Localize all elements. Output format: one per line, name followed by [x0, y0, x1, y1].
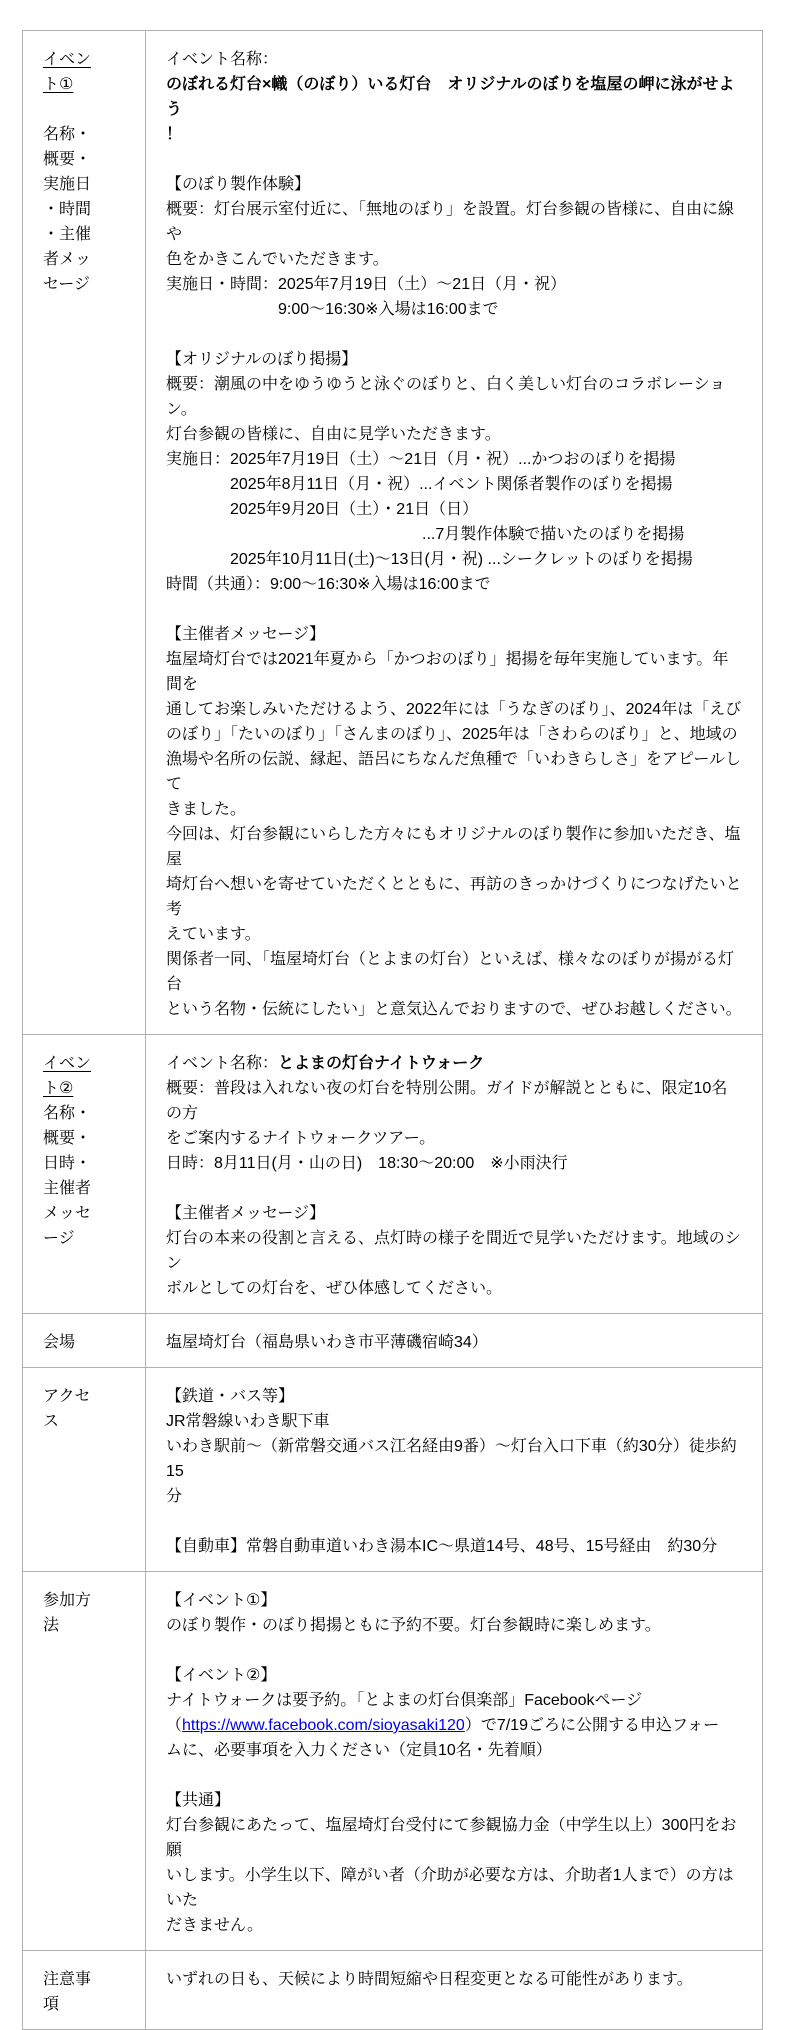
- text-line: 2025年8月11日（月・祝）...イベント関係者製作のぼりを掲揚: [166, 472, 742, 497]
- text-line: ...7月製作体験で描いたのぼりを掲揚: [166, 522, 742, 547]
- text: ボルとしての灯台を、ぜひ体感してください。: [166, 1280, 502, 1297]
- text: 分: [166, 1488, 182, 1505]
- text: 【主催者メッセージ】: [166, 1205, 325, 1222]
- header-line: 実施日: [43, 172, 137, 197]
- row-header-participation: 参加方法: [23, 1572, 146, 1951]
- bold-text: のぼれる灯台×幟（のぼり）いる灯台 オリジナルのぼりを塩屋の岬に泳がせよう: [166, 76, 735, 118]
- text: 概要：潮風の中をゆうゆうと泳ぐのぼりと、白く美しい灯台のコラボレーション。: [166, 376, 725, 418]
- text-line: 日時：8月11日(月・山の日) 18:30～20:00 ※小雨決行: [166, 1151, 742, 1176]
- text: JR常磐線いわき駅下車: [166, 1413, 330, 1430]
- text: きました。: [166, 801, 246, 818]
- text: 関係者一同、「塩屋埼灯台（とよまの灯台）といえば、様々なのぼりが揚がる灯台: [166, 951, 734, 993]
- text: ）で7/19ごろに公開する申込フォー: [465, 1717, 719, 1734]
- row-content-event-2: イベント名称：とよまの灯台ナイトウォーク概要：普段は入れない夜の灯台を特別公開。…: [146, 1035, 763, 1314]
- text: をご案内するナイトウォークツアー。: [166, 1130, 435, 1147]
- text-line: えています。: [166, 922, 742, 947]
- table-row-access: アクセス【鉄道・バス等】JR常磐線いわき駅下車いわき駅前～（新常磐交通バス江名経…: [23, 1368, 763, 1572]
- text-line: 【主催者メッセージ】: [166, 622, 742, 647]
- row-content-participation: 【イベント①】のぼり製作・のぼり掲揚ともに予約不要。灯台参観時に楽しめます。【イ…: [146, 1572, 763, 1951]
- text: 【共通】: [166, 1792, 230, 1809]
- text: 灯台参観にあたって、塩屋埼灯台受付にて参観協力金（中学生以上）300円をお願: [166, 1817, 736, 1859]
- text: 時間（共通）：9:00～16:30※入場は16:00まで: [166, 576, 491, 593]
- text-line: （https://www.facebook.com/sioyasaki120）で…: [166, 1713, 742, 1738]
- text: だきません。: [166, 1917, 263, 1934]
- bold-text: ！: [166, 126, 182, 143]
- text-line: [166, 597, 742, 622]
- header-label-underlined: イベン: [43, 51, 91, 68]
- header-line: 日時・: [43, 1151, 137, 1176]
- row-header-access: アクセス: [23, 1368, 146, 1572]
- text-line: 【オリジナルのぼり掲揚】: [166, 347, 742, 372]
- text: 概要：普段は入れない夜の灯台を特別公開。ガイドが解説とともに、限定10名の方: [166, 1080, 727, 1122]
- header-line: 会場: [43, 1330, 137, 1355]
- text-line: のぼり」「たいのぼり」「さんまのぼり」、2025年は「さわらのぼり」と、地域の: [166, 722, 742, 747]
- text-line: 【鉄道・バス等】: [166, 1384, 742, 1409]
- table-row-participation: 参加方法【イベント①】のぼり製作・のぼり掲揚ともに予約不要。灯台参観時に楽しめま…: [23, 1572, 763, 1951]
- text-line: 実施日：2025年7月19日（土）～21日（月・祝）...かつおのぼりを掲揚: [166, 447, 742, 472]
- text-line: 9:00～16:30※入場は16:00まで: [166, 297, 742, 322]
- header-label-underlined: イベン: [43, 1055, 91, 1072]
- text: ナイトウォークは要予約。「とよまの灯台倶楽部」Facebookページ: [166, 1692, 642, 1709]
- table-row-event-2: イベント②名称・概要・日時・主催者メッセージイベント名称：とよまの灯台ナイトウォ…: [23, 1035, 763, 1314]
- facebook-link[interactable]: https://www.facebook.com/sioyasaki120: [182, 1717, 465, 1734]
- text: 【のぼり製作体験】: [166, 176, 310, 193]
- text: イベント名称：: [166, 1055, 278, 1072]
- text: 色をかきこんでいただきます。: [166, 251, 389, 268]
- text-line: [166, 1509, 742, 1534]
- text: 日時：8月11日(月・山の日) 18:30～20:00 ※小雨決行: [166, 1155, 568, 1172]
- text-line: 塩屋埼灯台では2021年夏から「かつおのぼり」掲揚を毎年実施しています。年間を: [166, 647, 742, 697]
- text-line: いわき駅前～（新常磐交通バス江名経由9番）～灯台入口下車（約30分）徒歩約15: [166, 1434, 742, 1484]
- text-line: 灯台参観の皆様に、自由に見学いただきます。: [166, 422, 742, 447]
- text-line: ナイトウォークは要予約。「とよまの灯台倶楽部」Facebookページ: [166, 1688, 742, 1713]
- text: のぼり製作・のぼり掲揚ともに予約不要。灯台参観時に楽しめます。: [166, 1617, 661, 1634]
- row-header-notes: 注意事項: [23, 1951, 146, 2030]
- text-line: [166, 1763, 742, 1788]
- text-line: 【イベント②】: [166, 1663, 742, 1688]
- text-line: イベント名称：とよまの灯台ナイトウォーク: [166, 1051, 742, 1076]
- text: 【イベント②】: [166, 1667, 276, 1684]
- text-line: [166, 147, 742, 172]
- text-line: 2025年9月20日（土）・21日（日）: [166, 497, 742, 522]
- text: 埼灯台へ想いを寄せていただくとともに、再訪のきっかけづくりにつなげたいと考: [166, 876, 742, 918]
- event-info-section: イベント①名称・概要・実施日・時間・主催者メッセージイベント名称：のぼれる灯台×…: [22, 30, 763, 2030]
- text: 漁場や名所の伝説、縁起、語呂にちなんだ魚種で「いわきらしさ」をアピールして: [166, 751, 741, 793]
- text-line: 実施日・時間：2025年7月19日（土）～21日（月・祝）: [166, 272, 742, 297]
- header-label-underlined: ト②: [43, 1080, 73, 1097]
- text: 【イベント①】: [166, 1592, 276, 1609]
- header-label-underlined: ト①: [43, 76, 73, 93]
- text-line: をご案内するナイトウォークツアー。: [166, 1126, 742, 1151]
- header-line: ージ: [43, 1226, 137, 1251]
- header-line: セージ: [43, 272, 137, 297]
- text-line: 灯台参観にあたって、塩屋埼灯台受付にて参観協力金（中学生以上）300円をお願: [166, 1813, 742, 1863]
- text: 2025年9月20日（土）・21日（日）: [166, 501, 478, 518]
- text: のぼり」「たいのぼり」「さんまのぼり」、2025年は「さわらのぼり」と、地域の: [166, 726, 738, 743]
- text: 通してお楽しみいただけるよう、2022年には「うなぎのぼり」、2024年は「えび: [166, 701, 741, 718]
- text: 塩屋埼灯台では2021年夏から「かつおのぼり」掲揚を毎年実施しています。年間を: [166, 651, 728, 693]
- event-info-table-body: イベント①名称・概要・実施日・時間・主催者メッセージイベント名称：のぼれる灯台×…: [23, 31, 763, 2030]
- text: （: [166, 1717, 182, 1734]
- text: いずれの日も、天候により時間短縮や日程変更となる可能性があります。: [166, 1971, 693, 1988]
- text-line: 漁場や名所の伝説、縁起、語呂にちなんだ魚種で「いわきらしさ」をアピールして: [166, 747, 742, 797]
- header-line: ・主催: [43, 222, 137, 247]
- header-line: 者メッ: [43, 247, 137, 272]
- header-line: メッセ: [43, 1201, 137, 1226]
- text-line: 色をかきこんでいただきます。: [166, 247, 742, 272]
- header-line: 名称・: [43, 1101, 137, 1126]
- event-info-table: イベント①名称・概要・実施日・時間・主催者メッセージイベント名称：のぼれる灯台×…: [22, 30, 763, 2030]
- header-line: 項: [43, 1992, 137, 2017]
- header-line: ス: [43, 1409, 137, 1434]
- text-line: 今回は、灯台参観にいらした方々にもオリジナルのぼり製作に参加いただき、塩屋: [166, 822, 742, 872]
- header-line: 法: [43, 1613, 137, 1638]
- row-content-venue: 塩屋埼灯台（福島県いわき市平薄磯宿崎34）: [146, 1314, 763, 1368]
- text-line: 概要：普段は入れない夜の灯台を特別公開。ガイドが解説とともに、限定10名の方: [166, 1076, 742, 1126]
- table-row-notes: 注意事項いずれの日も、天候により時間短縮や日程変更となる可能性があります。: [23, 1951, 763, 2030]
- text: ...7月製作体験で描いたのぼりを掲揚: [166, 526, 684, 543]
- text-line: イベント名称：: [166, 47, 742, 72]
- table-row-venue: 会場塩屋埼灯台（福島県いわき市平薄磯宿崎34）: [23, 1314, 763, 1368]
- text-line: だきません。: [166, 1913, 742, 1938]
- text-line: きました。: [166, 797, 742, 822]
- header-line: イベン: [43, 1051, 137, 1076]
- text: イベント名称：: [166, 51, 278, 68]
- text: 塩屋埼灯台（福島県いわき市平薄磯宿崎34）: [166, 1334, 488, 1351]
- header-line: 参加方: [43, 1588, 137, 1613]
- text-line: いずれの日も、天候により時間短縮や日程変更となる可能性があります。: [166, 1967, 742, 1992]
- text: 【オリジナルのぼり掲揚】: [166, 351, 357, 368]
- header-line: ・時間: [43, 197, 137, 222]
- text-line: 時間（共通）：9:00～16:30※入場は16:00まで: [166, 572, 742, 597]
- text-line: 分: [166, 1484, 742, 1509]
- text-line: 【イベント①】: [166, 1588, 742, 1613]
- header-line: 注意事: [43, 1967, 137, 1992]
- text-line: 【自動車】常磐自動車道いわき湯本IC～県道14号、48号、15号経由 約30分: [166, 1534, 742, 1559]
- text: 2025年10月11日(土)～13日(月・祝) ...シークレットのぼりを掲揚: [166, 551, 693, 568]
- header-line: 概要・: [43, 1126, 137, 1151]
- text-line: のぼり製作・のぼり掲揚ともに予約不要。灯台参観時に楽しめます。: [166, 1613, 742, 1638]
- header-line: 主催者: [43, 1176, 137, 1201]
- row-header-venue: 会場: [23, 1314, 146, 1368]
- text-line: [166, 1176, 742, 1201]
- header-line: アクセ: [43, 1384, 137, 1409]
- text-line: 【主催者メッセージ】: [166, 1201, 742, 1226]
- header-line: 名称・: [43, 122, 137, 147]
- row-header-event-2: イベント②名称・概要・日時・主催者メッセージ: [23, 1035, 146, 1314]
- text: 実施日・時間：2025年7月19日（土）～21日（月・祝）: [166, 276, 566, 293]
- text-line: 塩屋埼灯台（福島県いわき市平薄磯宿崎34）: [166, 1330, 742, 1355]
- text-line: という名物・伝統にしたい」と意気込んでおりますので、ぜひお越しください。: [166, 997, 742, 1022]
- text: 実施日：2025年7月19日（土）～21日（月・祝）...かつおのぼりを掲揚: [166, 451, 675, 468]
- text-line: 通してお楽しみいただけるよう、2022年には「うなぎのぼり」、2024年は「えび: [166, 697, 742, 722]
- text-line: [166, 1638, 742, 1663]
- text-line: 概要：潮風の中をゆうゆうと泳ぐのぼりと、白く美しい灯台のコラボレーション。: [166, 372, 742, 422]
- text-line: JR常磐線いわき駅下車: [166, 1409, 742, 1434]
- text: えています。: [166, 926, 261, 943]
- text-line: 灯台の本来の役割と言える、点灯時の様子を間近で見学いただけます。地域のシン: [166, 1226, 742, 1276]
- text: 9:00～16:30※入場は16:00まで: [166, 301, 499, 318]
- row-content-notes: いずれの日も、天候により時間短縮や日程変更となる可能性があります。: [146, 1951, 763, 2030]
- text: 【鉄道・バス等】: [166, 1388, 294, 1405]
- row-content-access: 【鉄道・バス等】JR常磐線いわき駅下車いわき駅前～（新常磐交通バス江名経由9番）…: [146, 1368, 763, 1572]
- row-content-event-1: イベント名称：のぼれる灯台×幟（のぼり）いる灯台 オリジナルのぼりを塩屋の岬に泳…: [146, 31, 763, 1035]
- table-row-event-1: イベント①名称・概要・実施日・時間・主催者メッセージイベント名称：のぼれる灯台×…: [23, 31, 763, 1035]
- text-line: 埼灯台へ想いを寄せていただくとともに、再訪のきっかけづくりにつなげたいと考: [166, 872, 742, 922]
- text: 概要：灯台展示室付近に、「無地のぼり」を設置。灯台参観の皆様に、自由に線や: [166, 201, 734, 243]
- text-line: [166, 322, 742, 347]
- text: 今回は、灯台参観にいらした方々にもオリジナルのぼり製作に参加いただき、塩屋: [166, 826, 741, 868]
- text-line: 概要：灯台展示室付近に、「無地のぼり」を設置。灯台参観の皆様に、自由に線や: [166, 197, 742, 247]
- text: 【自動車】常磐自動車道いわき湯本IC～県道14号、48号、15号経由 約30分: [166, 1538, 717, 1555]
- row-header-event-1: イベント①名称・概要・実施日・時間・主催者メッセージ: [23, 31, 146, 1035]
- text-line: ボルとしての灯台を、ぜひ体感してください。: [166, 1276, 742, 1301]
- header-line: ト①: [43, 72, 137, 97]
- text-line: ！: [166, 122, 742, 147]
- text-line: ムに、必要事項を入力ください（定員10名・先着順）: [166, 1738, 742, 1763]
- header-line: 概要・: [43, 147, 137, 172]
- header-line: イベン: [43, 47, 137, 72]
- text-line: 【のぼり製作体験】: [166, 172, 742, 197]
- text-line: 【共通】: [166, 1788, 742, 1813]
- text: いわき駅前～（新常磐交通バス江名経由9番）～灯台入口下車（約30分）徒歩約15: [166, 1438, 737, 1480]
- text: 灯台の本来の役割と言える、点灯時の様子を間近で見学いただけます。地域のシン: [166, 1230, 741, 1272]
- header-line: ト②: [43, 1076, 137, 1101]
- text: 2025年8月11日（月・祝）...イベント関係者製作のぼりを掲揚: [166, 476, 672, 493]
- text-line: のぼれる灯台×幟（のぼり）いる灯台 オリジナルのぼりを塩屋の岬に泳がせよう: [166, 72, 742, 122]
- text: という名物・伝統にしたい」と意気込んでおりますので、ぜひお越しください。: [166, 1001, 742, 1018]
- text-line: 関係者一同、「塩屋埼灯台（とよまの灯台）といえば、様々なのぼりが揚がる灯台: [166, 947, 742, 997]
- header-line: [43, 97, 137, 122]
- text: 灯台参観の皆様に、自由に見学いただきます。: [166, 426, 501, 443]
- bold-text: とよまの灯台ナイトウォーク: [278, 1055, 484, 1072]
- text: 【主催者メッセージ】: [166, 626, 325, 643]
- text-line: 2025年10月11日(土)～13日(月・祝) ...シークレットのぼりを掲揚: [166, 547, 742, 572]
- text-line: いします。小学生以下、障がい者（介助が必要な方は、介助者1人まで）の方はいた: [166, 1863, 742, 1913]
- text: ムに、必要事項を入力ください（定員10名・先着順）: [166, 1742, 552, 1759]
- text: いします。小学生以下、障がい者（介助が必要な方は、介助者1人まで）の方はいた: [166, 1867, 734, 1909]
